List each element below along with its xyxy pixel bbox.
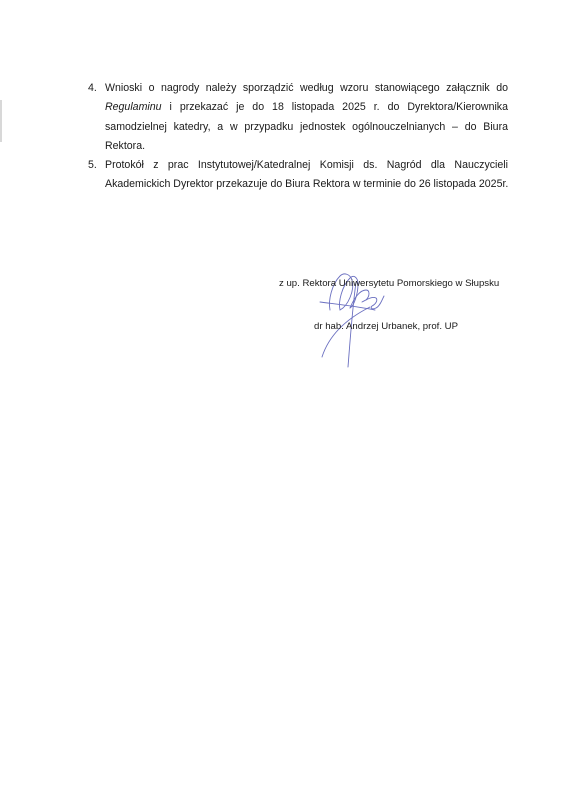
text-line: Wnioski o nagrody należy sporządzić wedł… <box>105 79 508 98</box>
text-line: Rektora. <box>105 137 508 156</box>
italic-text: Regulaminu <box>105 101 162 113</box>
text-segment: i przekazać je do 18 listopada 2025 r. d… <box>162 101 508 113</box>
signer-name: dr hab. Andrzej Urbanek, prof. UP <box>314 321 458 332</box>
text-line: samodzielnej katedry, a w przypadku jedn… <box>105 118 508 137</box>
text-segment: Rektora. <box>105 140 145 152</box>
text-line: Regulaminu i przekazać je do 18 listopad… <box>105 98 508 117</box>
text-line: Protokół z prac Instytutowej/Katedralnej… <box>105 156 508 175</box>
numbered-list: 4.Wnioski o nagrody należy sporządzić we… <box>88 79 508 195</box>
list-item: 4.Wnioski o nagrody należy sporządzić we… <box>88 79 508 156</box>
text-segment: Wnioski o nagrody należy sporządzić wedł… <box>105 82 508 94</box>
text-line: Akademickich Dyrektor przekazuje do Biur… <box>105 175 508 194</box>
text-segment: Akademickich Dyrektor przekazuje do Biur… <box>105 178 508 190</box>
list-item: 5.Protokół z prac Instytutowej/Katedraln… <box>88 156 508 195</box>
authority-line: z up. Rektora Uniwersytetu Pomorskiego w… <box>279 278 499 289</box>
scan-edge-mark <box>0 100 2 142</box>
list-item-number: 5. <box>88 156 97 175</box>
list-item-number: 4. <box>88 79 97 98</box>
text-segment: Protokół z prac Instytutowej/Katedralnej… <box>105 159 508 171</box>
document-page: 4.Wnioski o nagrody należy sporządzić we… <box>0 0 570 807</box>
text-segment: samodzielnej katedry, a w przypadku jedn… <box>105 121 508 133</box>
